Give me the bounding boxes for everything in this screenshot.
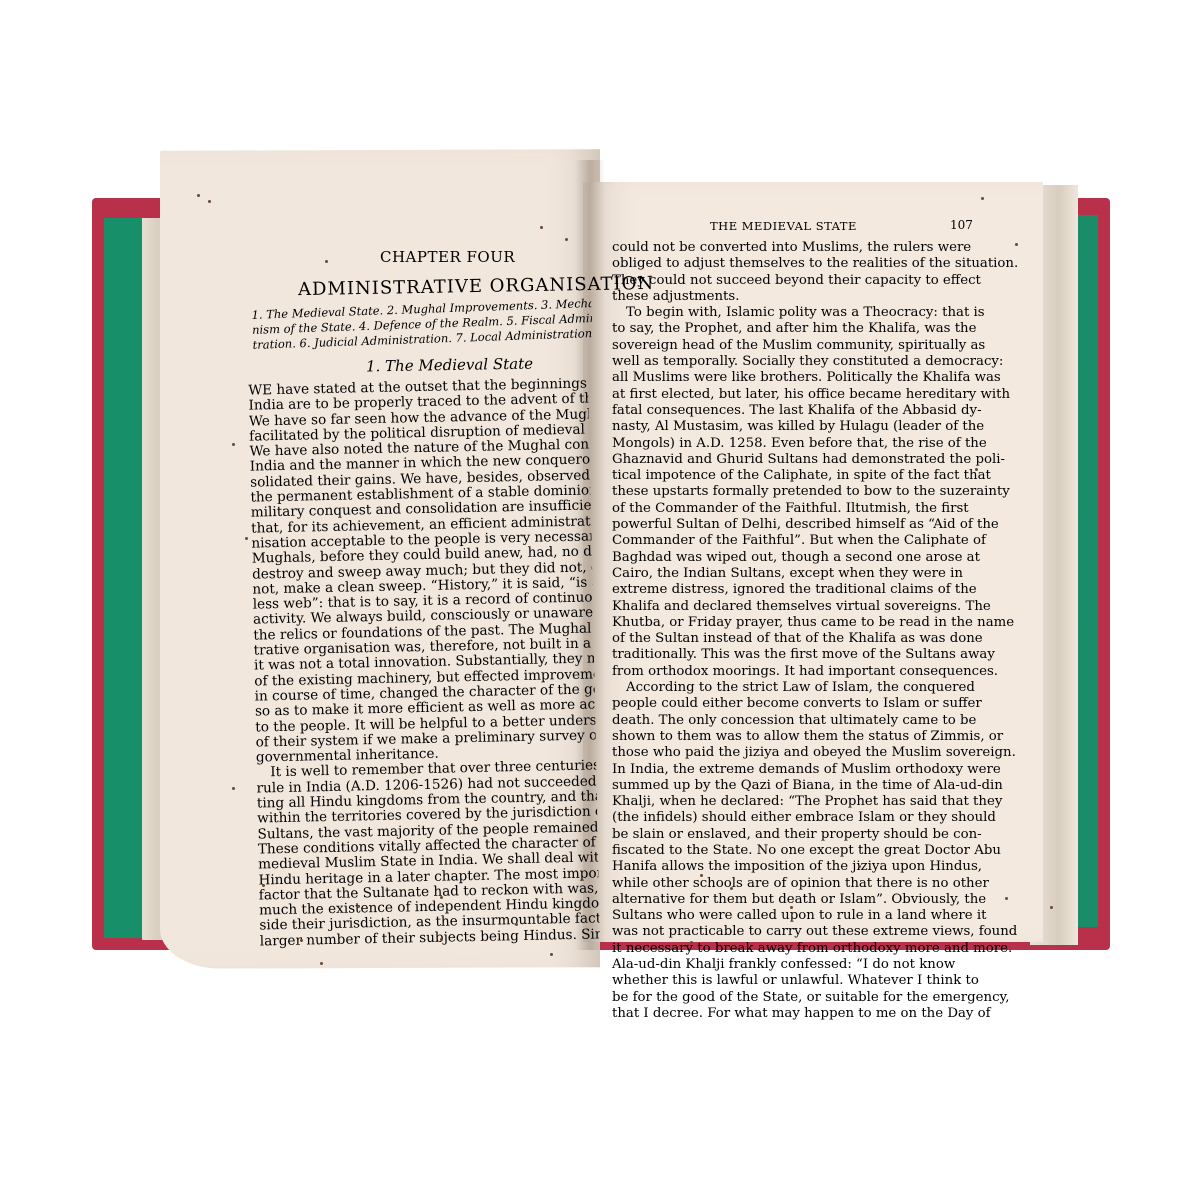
chapter-label: CHAPTER FOUR <box>380 248 515 266</box>
cover-endpaper-right <box>1076 215 1098 927</box>
text-line: that I decree. For what may happen to me… <box>612 1006 970 1022</box>
text-line: Khutba, or Friday prayer, thus came to b… <box>612 615 970 631</box>
text-line: According to the strict Law of Islam, th… <box>612 680 970 696</box>
page-number: 107 <box>950 218 973 232</box>
text-line: Ghaznavid and Ghurid Sultans had demonst… <box>612 452 970 468</box>
text-line: Khalji, when he declared: “The Prophet h… <box>612 794 970 810</box>
text-line: to say, the Prophet, and after him the K… <box>612 321 970 337</box>
text-line: could not be converted into Muslims, the… <box>612 240 970 256</box>
text-line: powerful Sultan of Delhi, described hims… <box>612 517 970 533</box>
text-line: of the Commander of the Faithful. Iltutm… <box>612 501 970 517</box>
text-line: Baghdad was wiped out, though a second o… <box>612 550 970 566</box>
text-line: To begin with, Islamic polity was a Theo… <box>612 305 970 321</box>
text-line: of the Sultan instead of that of the Kha… <box>612 631 970 647</box>
text-line: these upstarts formally pretended to bow… <box>612 484 970 500</box>
running-head: THE MEDIEVAL STATE <box>710 219 857 233</box>
text-line: whether this is lawful or unlawful. What… <box>612 973 970 989</box>
text-line: Hanifa allows the imposition of the jizi… <box>612 859 970 875</box>
text-line: (the infidels) should either embrace Isl… <box>612 810 970 826</box>
text-line: Ala-ud-din Khalji frankly confessed: “I … <box>612 957 970 973</box>
right-page-body: could not be converted into Muslims, the… <box>612 240 970 1022</box>
text-line: summed up by the Qazi of Biana, in the t… <box>612 778 970 794</box>
text-line: from orthodox moorings. It had important… <box>612 664 970 680</box>
text-line: traditionally. This was the first move o… <box>612 647 970 663</box>
text-line: these adjustments. <box>612 289 970 305</box>
text-line: fiscated to the State. No one except the… <box>612 843 970 859</box>
text-line: tical impotence of the Caliphate, in spi… <box>612 468 970 484</box>
text-line: it necessary to break away from orthodox… <box>612 941 970 957</box>
text-line: Khalifa and declared themselves virtual … <box>612 599 970 615</box>
text-line: extreme distress, ignored the traditiona… <box>612 582 970 598</box>
text-line: people could either become converts to I… <box>612 696 970 712</box>
text-line: be slain or enslaved, and their property… <box>612 827 970 843</box>
section-heading: 1. The Medieval State <box>366 355 533 376</box>
left-page-body: WE have stated at the outset that the be… <box>248 377 600 950</box>
text-line: at first elected, but later, his office … <box>612 387 970 403</box>
text-line: while other schools are of opinion that … <box>612 876 970 892</box>
text-line: Cairo, the Indian Sultans, except when t… <box>612 566 970 582</box>
text-line: shown to them was to allow them the stat… <box>612 729 970 745</box>
text-line: be for the good of the State, or suitabl… <box>612 990 970 1006</box>
text-line: They could not succeed beyond their capa… <box>612 273 970 289</box>
text-line: In India, the extreme demands of Muslim … <box>612 762 970 778</box>
text-line: those who paid the jiziya and obeyed the… <box>612 745 970 761</box>
text-line: all Muslims were like brothers. Politica… <box>612 370 970 386</box>
text-line: fatal consequences. The last Khalifa of … <box>612 403 970 419</box>
open-book-photo: CHAPTER FOUR ADMINISTRATIVE ORGANISATION… <box>0 0 1200 1200</box>
text-line: Sultans who were called upon to rule in … <box>612 908 970 924</box>
text-line: nasty, Al Mustasim, was killed by Hulagu… <box>612 419 970 435</box>
text-line: obliged to adjust themselves to the real… <box>612 256 970 272</box>
text-line: death. The only concession that ultimate… <box>612 713 970 729</box>
text-line: Mongols) in A.D. 1258. Even before that,… <box>612 436 970 452</box>
text-line: sovereign head of the Muslim community, … <box>612 338 970 354</box>
text-line: was not practicable to carry out these e… <box>612 924 970 940</box>
text-line: well as temporally. Socially they consti… <box>612 354 970 370</box>
text-line: Commander of the Faithful”. But when the… <box>612 533 970 549</box>
